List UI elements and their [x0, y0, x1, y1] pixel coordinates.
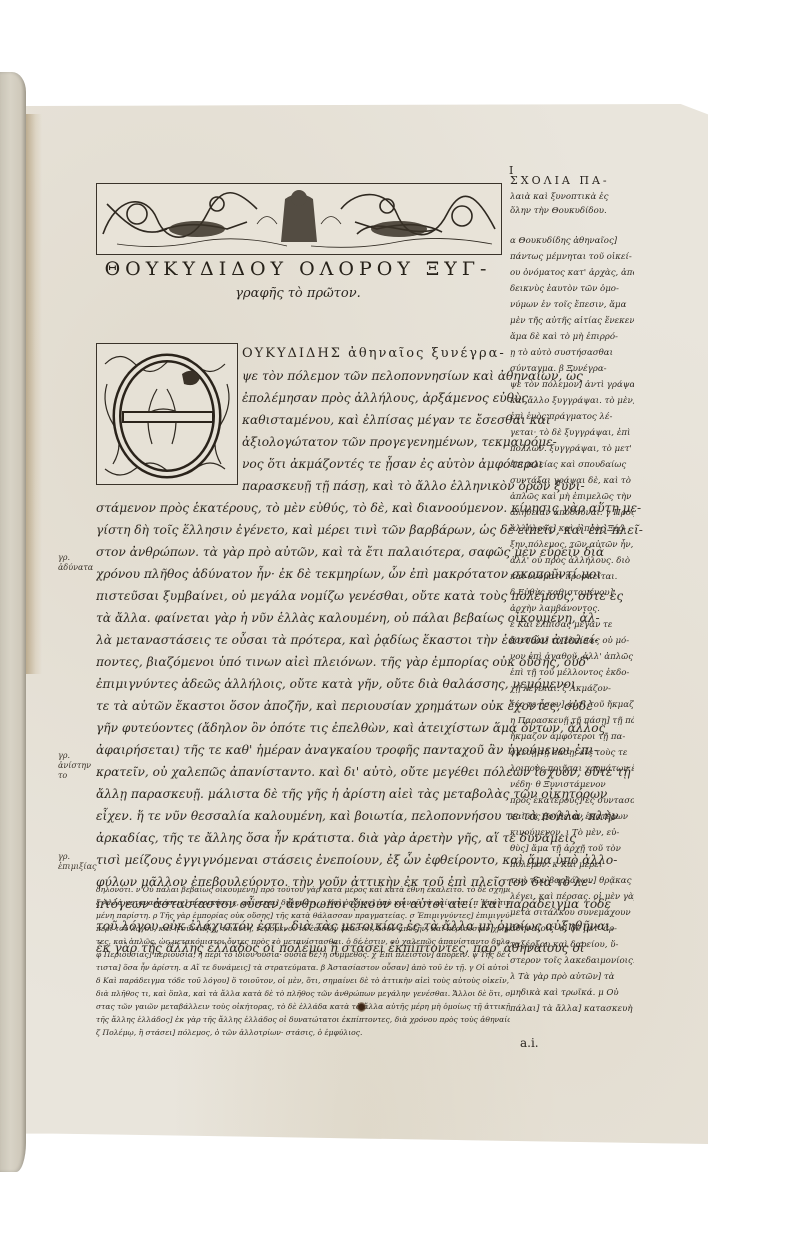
margin-note: γρ. ἐπιμιξίας [58, 852, 98, 872]
scholia-line: πόλεμον. κ Καὶ μέρει [510, 858, 634, 872]
margin-note: γρ. ἀδύνατα [58, 553, 98, 573]
scholia-line: νον ἐπὶ ἀγαθοῦ, ἀλλ' ἁπλῶς [510, 650, 634, 664]
scholia-line: θὺς] ἅμα τῇ ἀρχῇ τοῦ τὸν [510, 842, 634, 856]
scholia-line: ἐπιμελείας καὶ σπουδαίως [510, 458, 634, 472]
scholia-line: καὶ ἄλλο ξυγγράψαι. τὸ μὲν, [510, 394, 634, 408]
scholia-line: ῃ τὸ αὐτὸ συστήσασθαι [510, 346, 634, 360]
scholia-line: κινούμενον. ι Τὸ μὲν, εὐ- [510, 826, 634, 840]
footnote-line: δ Καὶ παράδειγμα τόδε τοῦ λόγου] ὅ τοιοῦ… [96, 975, 510, 987]
scholia-heading: ΣΧΟΛΙΑ ΠΑ- [510, 174, 610, 187]
scholia-line: σύνταγμα. β Ξυνέγρα- [510, 362, 634, 376]
scholia-line: δεικνὺς ἑαυτὸν τῶν ὁμο- [510, 282, 634, 296]
decorated-initial [96, 343, 238, 485]
scholia-line: λοιποὺς ποιῆσαι χρημάτων ἐ- [510, 762, 634, 776]
footnote-line: μένη παρίστη. ρ Τῆς γὰρ ἐμπορίας οὐκ οὔσ… [96, 910, 510, 922]
text-line: καθισταμένου, καὶ ἐλπίσας μέγαν τε ἔσεσθ… [242, 409, 551, 431]
footnote-line: δηλονότι. ν Οὐ πάλαι βεβαίως οἰκουμένη] … [96, 884, 510, 896]
scholia-subheading: ὅλην τὴν Θουκυδίδου. [510, 204, 634, 218]
footnote-line: τῆς ἄλλης ἑλλάδος] ἐκ γὰρ τῆς ἄλλης ἑλλά… [96, 1014, 510, 1026]
margin-note: γρ. ἀνίστην το [58, 751, 98, 781]
scholia-line: ἀθηναίοις· οἱ δὲ μετ' ἀρ- [510, 922, 634, 936]
scholia-line: ἀλλ' οὐ πρὸς ἀλλήλους. διὸ [510, 554, 634, 568]
scholia-line: ε Καὶ ἐλπίσας μέγαν τε [510, 618, 634, 632]
initial-letter-theta-icon [97, 344, 237, 484]
scholia-line: στερον τοῖς λακεδαιμονίοις. [510, 954, 634, 968]
scholia-line: ἀρχὴν λαμβάνοντος. [510, 602, 634, 616]
scholia-line: γεται· τὸ δὲ ξυγγράψαι, ἐπὶ [510, 426, 634, 440]
scholia-line: μετὰ σιτάλκου συνεμάχουν [510, 906, 634, 920]
scholia-line: μὲν τῆς αὐτῆς αἰτίας ἕνεκεν, [510, 314, 634, 328]
footnote-line: στας τῶν γαιῶν μεταβάλλειν τοὺς οἰκήτορα… [96, 1001, 510, 1013]
text-line: ἀρκαδίας, τῆς τε ἄλλης ὅσα ἦν κράτιστα. … [96, 827, 576, 849]
scholia-line: πρὸς ἑκατέρους] ἐς συντασσ- [510, 794, 634, 808]
ornament-headpiece-icon [97, 184, 501, 254]
scholia-line: ἐπὶ τῇ τοῦ μέλλοντος ἐκδο- [510, 666, 634, 680]
scholia-subheading: λαιὰ καὶ ξυνοπτικὰ ἐς [510, 190, 634, 204]
scholia-line: σκευῇ τῇ πάσῃ, εἰς τοὺς τε [510, 746, 634, 760]
scholia-line: ἔσεσθαι] τὸ ἐλπίσας οὐ μό- [510, 634, 634, 648]
scholia-line: καὶ εἰς βοήθειαν ἑκατέρων [510, 810, 634, 824]
scholia-line: πολλῶν. ξυγγράψαι, τὸ μετ' [510, 442, 634, 456]
scholia-line: λέγει, καὶ πέρσας. οἱ μὲν γὰρ [510, 890, 634, 904]
text-line: νος ὅτι ἀκμάζοντές τε ᾖσαν ἐς αὐτὸν ἀμφό… [242, 453, 543, 475]
scholia-line: χῇ λέγεται. ζ Ακμάζον- [510, 682, 634, 696]
scholia-line: τινὶ τῶν βαρβάρων] θρᾷκας [510, 874, 634, 888]
scholia-line: πάντως μέμνηται τοῦ οἰκεί- [510, 250, 634, 264]
scholia-line: νύμων ἐν τοῖς ἔπεσιν, ἅμα [510, 298, 634, 312]
text-line: ΟΥΚΥΔΙΔΗΣ ἀθηναῖος ξυνέγρα- [242, 343, 506, 365]
scholia-line: πάλαι] τὰ ἄλλα] κατασκευὴ [510, 1002, 634, 1016]
footnote-line: τιστα] ὅσα ἦν ἀρίστη. α Αἵ τε δυνάμεις] … [96, 962, 510, 974]
scholia-line: ἅμα δὲ καὶ τὸ μὴ ἐπιρρό- [510, 330, 634, 344]
scholia-line: νέδη· θ Ξυνιστάμενον [510, 778, 634, 792]
scholia-line: ἐπὶ ἑνὸς πράγματος λέ- [510, 410, 634, 424]
footnote-line: περὶ τοῦ λόγου, καὶ ἡ σύνταξις, τοιαύτη,… [96, 923, 510, 935]
text-line: ἐπολέμησαν πρὸς ἀλλήλους, ἀρξάμενος εὐθὺ… [242, 387, 528, 409]
previous-leaf-edge [0, 72, 26, 1172]
scholia-line: ταξέρξου καὶ δαρείου, ὕ- [510, 938, 634, 952]
scholia-line: δ Εὐθὺς καθισταμένου] [510, 586, 634, 600]
scholia-line: ξην πόλεμος, τῶν αὐτῶν ἦν, [510, 538, 634, 552]
signature-mark: a.i. [520, 1036, 539, 1050]
gutter-stain [26, 114, 42, 674]
headpiece-ornament [96, 183, 502, 255]
footnote-line: φ Περιουσίας] περιουσία, ἡ περὶ τὸ ἰδίου… [96, 949, 510, 961]
scholia-line: μηδικὰ καὶ τρωϊκά. μ Οὐ [510, 986, 634, 1000]
scholia-line: α Θουκυδίδης ἀθηναῖος] [510, 234, 634, 248]
scholia-line: ἀλήθειαν ἀποδοῦναι. γ Πρὸς [510, 506, 634, 520]
scholia-line: ἁπλῶς καὶ μὴ ἐπιμελῶς τὴν [510, 490, 634, 504]
footnote-line: ξ Ἀλλὰ μεταναστάσεις] μετοικήσεις, φαίνε… [96, 897, 510, 909]
scholia-line: συντάξαι γράψαι δὲ, καὶ τὸ [510, 474, 634, 488]
scholia-line: ψε τὸν πόλεμον] ἀντὶ γράψαι, [510, 378, 634, 392]
scholia-line: ου ὀνόματος κατ' ἀρχὰς, ἀπο- [510, 266, 634, 280]
scholia-line: καὶ ὀνόματι προσκεῖται. [510, 570, 634, 584]
footnote-line: τες, καὶ ἁπλῶς, ὡς μετακόμιστοι ὄντες πρ… [96, 936, 510, 948]
title-subheading: γραφῆς τὸ πρῶτον. [96, 286, 500, 301]
scholia-line: ἀλλήλους] καὶ ὁ πρὸς Ξέρ- [510, 522, 634, 536]
footnote-line: ζ Πολέμῳ, ἢ στάσει] πόλεμος, ὁ τῶν ἀλλοτ… [96, 1027, 510, 1039]
scholia-line: λ Τὰ γὰρ πρὸ αὐτῶν] τὰ [510, 970, 634, 984]
scholia-line: ἤκμαζον ἀμφότεροι τῇ πα- [510, 730, 634, 744]
ink-spot [357, 1002, 366, 1012]
footnote-line: διὰ πλῆθος τι, καὶ ὅπλα, καὶ τὰ ἄλλα κατ… [96, 988, 510, 1000]
title-heading: ΘΟΥΚΥΔΙΔΟΥ ΟΛΟΡΟΥ ΞΥΓ- [96, 258, 500, 280]
scholia-line: η Παρασκευῇ τῇ πάσῃ] τῇ πᾶσι [510, 714, 634, 728]
scholia-line: τές τε ᾖσαν] ἀντὶ τοῦ ἤκμαζον. [510, 698, 634, 712]
text-line: ἐπιμιγνύντες ἀδεῶς ἀλλήλοις, οὔτε κατὰ γ… [96, 673, 576, 695]
